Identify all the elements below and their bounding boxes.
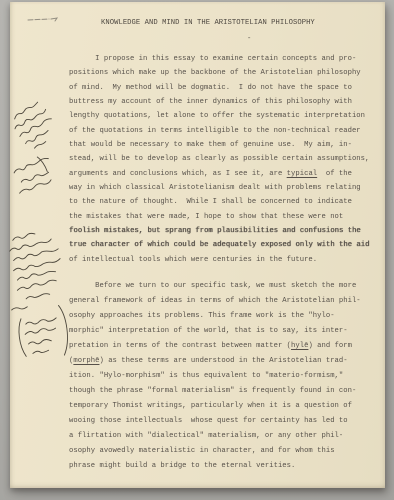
pencil-dash-icon [27,15,63,25]
line-text: pretation in terms of the contrast betwe… [69,342,291,350]
typed-line: phrase might build a bridge to the etern… [69,459,377,474]
line-text: osophy approaches its problems. This fra… [69,312,335,320]
underlined-word: morphē [73,357,99,365]
line-text: way in which classical Aristotelianism d… [69,184,361,192]
line-text: arguments and conclusions which, as I se… [69,170,287,178]
typed-line: osophy avowedly materialistic in charact… [69,444,377,459]
typed-line: I propose in this essay to examine certa… [69,52,377,66]
line-text: though the phrase "formal materialism" i… [69,387,356,395]
typed-line: way in which classical Aristotelianism d… [69,181,377,195]
typed-line: pretation in terms of the contrast betwe… [69,339,377,354]
typed-line: (morphē) as these terms are understood i… [69,354,377,369]
typed-line: of mind. My method will be dogmatic. I d… [69,81,377,95]
photo-background: KNOWLEDGE AND MIND IN THE ARISTOTELIAN P… [0,0,394,500]
line-text: phrase might build a bridge to the etern… [69,462,295,470]
underlined-word: typical [287,170,317,178]
typed-line: arguments and conclusions which, as I se… [69,167,377,181]
typed-line: lengthy quotations, let alone to offer t… [69,109,377,123]
typed-line: of the quotations in terms intelligible … [69,124,377,138]
paragraph-2: Before we turn to our specific task, we … [69,279,377,474]
typed-line: stead, will be to develop as clearly as … [69,152,377,166]
line-text: I propose in this essay to examine certa… [69,55,356,63]
typed-line: wooing those intellectuals whose quest f… [69,414,377,429]
line-text: that would be necessary to make them of … [69,141,352,149]
handwritten-annotation-4 [8,296,76,368]
typed-line: buttress my account of the inner dynamic… [69,95,377,109]
line-text: of the quotations in terms intelligible … [69,127,361,135]
line-text: of the [317,170,352,178]
typed-line: to the nature of thought. While I shall … [69,195,377,209]
typed-line: ition. "Hylo-morphism" is thus equivalen… [69,369,377,384]
typed-line: Before we turn to our specific task, we … [69,279,377,294]
handwritten-annotation-2 [8,147,72,204]
line-text: buttress my account of the inner dynamic… [69,98,352,106]
line-text: temporary Thomist writings, particularly… [69,402,352,410]
typed-line: foolish mistakes, but sprang from plausi… [69,224,377,238]
typed-line: general framework of ideas in terms of w… [69,294,377,309]
line-text: lengthy quotations, let alone to offer t… [69,112,365,120]
line-text: Before we turn to our specific task, we … [69,282,356,290]
line-text: the mistakes that were made, I hope to s… [69,213,343,221]
line-text: osophy avowedly materialistic in charact… [69,447,335,455]
typed-line: though the phrase "formal materialism" i… [69,384,377,399]
line-text: of mind. My method will be dogmatic. I d… [69,84,352,92]
line-text: a flirtation with "dialectical" material… [69,432,343,440]
line-text: ) and form [308,342,352,350]
underlined-word: hylē [291,342,308,350]
typed-line: osophy approaches its problems. This fra… [69,309,377,324]
handwritten-annotation-3 [5,223,82,308]
typed-line: true character of which could be adequat… [69,238,377,252]
line-text: ition. "Hylo-morphism" is thus equivalen… [69,372,343,380]
typed-line: a flirtation with "dialectical" material… [69,429,377,444]
line-text: true character of which could be adequat… [69,241,369,249]
typed-line: positions which make up the backbone of … [69,66,377,80]
line-text: to the nature of thought. While I shall … [69,198,352,206]
typed-line: that would be necessary to make them of … [69,138,377,152]
line-text: ) as these terms are understood in the A… [99,357,347,365]
typed-line: of intellectual tools which were centuri… [69,253,377,267]
title-dash: - [247,35,251,43]
handwritten-annotation-1 [6,91,76,160]
page-title: KNOWLEDGE AND MIND IN THE ARISTOTELIAN P… [101,19,315,27]
typed-line: the mistakes that were made, I hope to s… [69,210,377,224]
line-text: general framework of ideas in terms of w… [69,297,361,305]
line-text: stead, will be to develop as clearly as … [69,155,369,163]
line-text: of intellectual tools which were centuri… [69,256,317,264]
line-text: positions which make up the backbone of … [69,69,361,77]
document-page: KNOWLEDGE AND MIND IN THE ARISTOTELIAN P… [10,2,385,488]
typed-line: temporary Thomist writings, particularly… [69,399,377,414]
line-text: foolish mistakes, but sprang from plausi… [69,227,361,235]
line-text: morphic" interpretation of the world, th… [69,327,348,335]
line-text: wooing those intellectuals whose quest f… [69,417,348,425]
paragraph-1: I propose in this essay to examine certa… [69,52,377,267]
typed-line: morphic" interpretation of the world, th… [69,324,377,339]
